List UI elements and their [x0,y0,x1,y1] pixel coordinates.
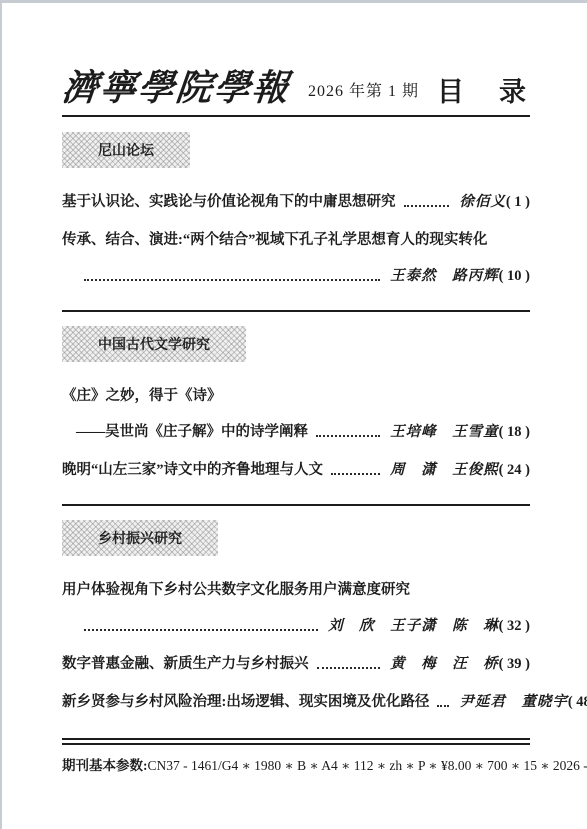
toc-entry-row: 《庄》之妙，得于《诗》 [62,386,530,406]
toc-entry-row: 刘 欣 王子潇 陈 琳( 32 ) [62,616,530,636]
dot-leader [317,667,381,669]
article-title: 数字普惠金融、新质生产力与乡村振兴 [62,654,309,674]
section-label: 中国古代文学研究 [62,326,246,362]
article-authors: 尹延君 董晓宇 [459,692,568,712]
toc-entry-row: 王泰然 路丙辉( 10 ) [62,266,530,286]
dot-leader [331,473,380,475]
toc-entry-row: 基于认识论、实践论与价值论视角下的中庸思想研究徐佰义( 1 ) [62,192,530,212]
article-subtitle: ——吴世尚《庄子解》中的诗学阐释 [76,422,308,442]
article-authors: 王培峰 王雪童 [390,422,499,442]
article-page-number: ( 39 ) [499,654,530,674]
journal-parameters: 期刊基本参数:CN37 - 1461/G4 ∗ 1980 ∗ B ∗ A4 ∗ … [62,754,530,774]
section-label: 乡村振兴研究 [62,520,218,556]
article-title: 《庄》之妙，得于《诗》 [62,386,222,406]
toc-entry-row: 晚明“山左三家”诗文中的齐鲁地理与人文周 潇 王俊熙( 24 ) [62,460,530,480]
article-page-number: ( 10 ) [499,266,530,286]
article-page-number: ( 32 ) [499,616,530,636]
journal-parameters-value: CN37 - 1461/G4 ∗ 1980 ∗ B ∗ A4 ∗ 112 ∗ z… [148,758,587,773]
section-divider [62,504,530,506]
toc-entry-row: ——吴世尚《庄子解》中的诗学阐释王培峰 王雪童( 18 ) [62,422,530,442]
toc-page-title: 目 录 [437,79,530,106]
dot-leader [437,705,449,707]
article-page-number: ( 18 ) [499,422,530,442]
article-page-number: ( 24 ) [499,460,530,480]
article-title: 晚明“山左三家”诗文中的齐鲁地理与人文 [62,460,323,480]
journal-title-calligraphy: 濟寧學院學報 [60,70,292,106]
toc-entry-row: 数字普惠金融、新质生产力与乡村振兴黄 梅 汪 桥( 39 ) [62,654,530,674]
journal-parameters-label: 期刊基本参数: [62,758,148,773]
scan-edge-left [0,0,2,829]
masthead: 濟寧學院學報 2026 年第 1 期 目 录 [62,70,530,117]
article-authors: 王泰然 路丙辉 [390,266,499,286]
article-authors: 刘 欣 王子潇 陈 琳 [328,616,499,636]
dot-leader [84,279,380,281]
issue-label: 2026 年第 1 期 [308,78,419,106]
dot-leader [84,629,318,631]
article-title: 传承、结合、演进:“两个结合”视域下孔子礼学思想育人的现实转化 [62,230,487,250]
article-title: 基于认识论、实践论与价值论视角下的中庸思想研究 [62,192,396,212]
toc-sections: 尼山论坛基于认识论、实践论与价值论视角下的中庸思想研究徐佰义( 1 )传承、结合… [62,117,530,712]
toc-entry-row: 传承、结合、演进:“两个结合”视域下孔子礼学思想育人的现实转化 [62,230,530,250]
article-authors: 徐佰义 [459,192,506,212]
toc-page: 濟寧學院學報 2026 年第 1 期 目 录 尼山论坛基于认识论、实践论与价值论… [0,0,587,774]
toc-entry-row: 用户体验视角下乡村公共数字文化服务用户满意度研究 [62,580,530,600]
section-label: 尼山论坛 [62,132,190,168]
scan-edge-top [0,0,587,3]
footer-double-rule [62,738,530,745]
dot-leader [316,435,380,437]
dot-leader [404,205,450,207]
article-page-number: ( 1 ) [506,192,530,212]
article-page-number: ( 48 ) [568,692,587,712]
article-authors: 黄 梅 汪 桥 [390,654,499,674]
article-authors: 周 潇 王俊熙 [390,460,499,480]
section-divider [62,310,530,312]
article-title: 用户体验视角下乡村公共数字文化服务用户满意度研究 [62,580,410,600]
article-title: 新乡贤参与乡村风险治理:出场逻辑、现实困境及优化路径 [62,692,429,712]
toc-entry-row: 新乡贤参与乡村风险治理:出场逻辑、现实困境及优化路径尹延君 董晓宇( 48 ) [62,692,530,712]
